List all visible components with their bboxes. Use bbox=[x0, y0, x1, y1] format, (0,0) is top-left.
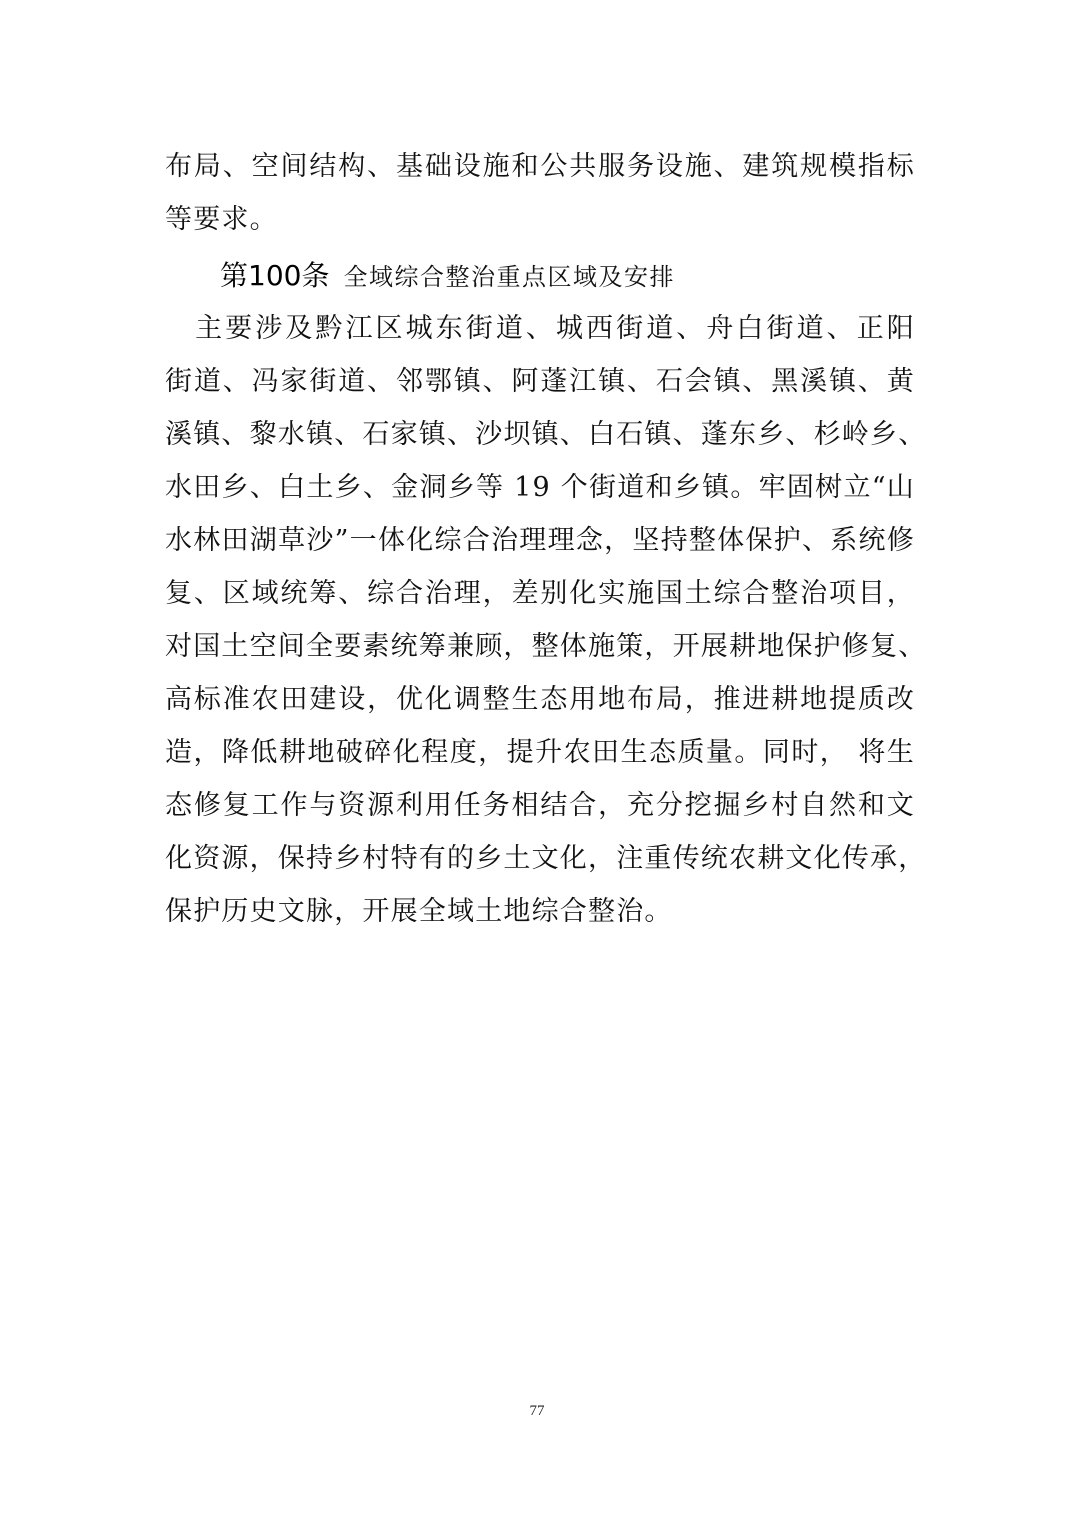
paragraph-line: 化资源，保持乡村特有的乡土文化，注重传统农耕文化传承， bbox=[165, 842, 915, 876]
paragraph-line: 态修复工作与资源利用任务相结合，充分挖掘乡村自然和文 bbox=[165, 789, 915, 823]
document-page: 布局、空间结构、基础设施和公共服务设施、建筑规模指标 等要求。 第100条全域综… bbox=[0, 0, 1074, 1520]
paragraph-line: 水林田湖草沙”一体化综合治理理念，坚持整体保护、系统修 bbox=[165, 524, 915, 558]
paragraph-line: 对国土空间全要素统筹兼顾，整体施策，开展耕地保护修复、 bbox=[165, 630, 915, 664]
page-number: 77 bbox=[0, 1403, 1074, 1420]
paragraph-line: 高标准农田建设，优化调整生态用地布局，推进耕地提质改 bbox=[165, 683, 915, 717]
text-line: 等要求。 bbox=[165, 203, 915, 237]
text-line: 布局、空间结构、基础设施和公共服务设施、建筑规模指标 bbox=[165, 150, 915, 184]
paragraph-line: 复、区域统筹、综合治理，差别化实施国土综合整治项目， bbox=[165, 577, 915, 611]
article-number: 第100条 bbox=[220, 259, 329, 292]
paragraph-line: 水田乡、白土乡、金洞乡等 19 个街道和乡镇。牢固树立“山 bbox=[165, 471, 915, 505]
paragraph-line: 街道、冯家街道、邻鄂镇、阿蓬江镇、石会镇、黑溪镇、黄 bbox=[165, 365, 915, 399]
article-heading: 第100条全域综合整治重点区域及安排 bbox=[220, 254, 675, 294]
paragraph-line: 主要涉及黔江区城东街道、城西街道、舟白街道、正阳 bbox=[165, 312, 915, 346]
paragraph-line: 溪镇、黎水镇、石家镇、沙坝镇、白石镇、蓬东乡、杉岭乡、 bbox=[165, 418, 915, 452]
paragraph-line: 造，降低耕地破碎化程度，提升农田生态质量。同时， 将生 bbox=[165, 736, 915, 770]
article-title: 全域综合整治重点区域及安排 bbox=[343, 263, 675, 291]
paragraph-line: 保护历史文脉，开展全域土地综合整治。 bbox=[165, 895, 915, 929]
